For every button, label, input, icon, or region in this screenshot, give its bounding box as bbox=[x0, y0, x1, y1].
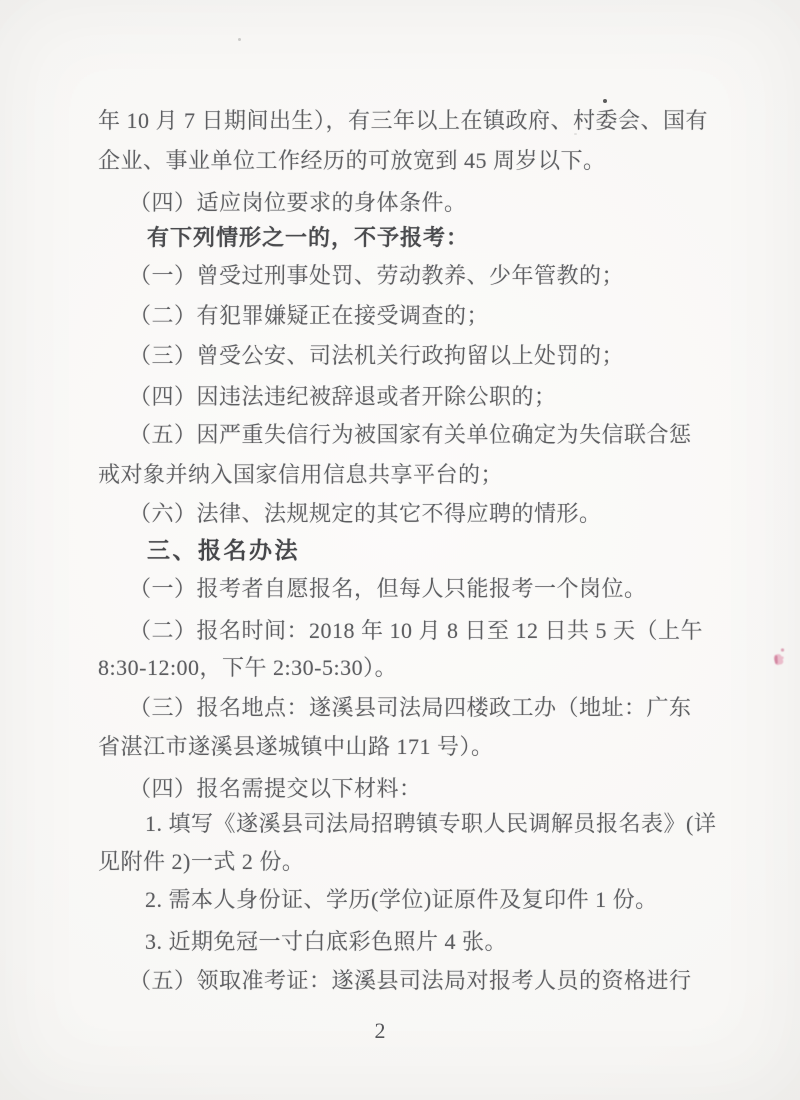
doc-line: 2. 需本人身份证、学历(学位)证原件及复印件 1 份。 bbox=[98, 885, 658, 915]
paper-speck bbox=[238, 38, 241, 41]
paper-speck bbox=[574, 133, 577, 135]
doc-line: （一）报考者自愿报名，但每人只能报考一个岗位。 bbox=[98, 574, 647, 604]
ink-dot-speck bbox=[603, 99, 607, 103]
doc-line: （三）报名地点：遂溪县司法局四楼政工办（地址：广东 bbox=[98, 693, 692, 723]
doc-line: （四）因违法违纪被辞退或者开除公职的； bbox=[98, 382, 557, 412]
section-heading-registration-method: 三、报名办法 bbox=[98, 535, 300, 565]
subheading-disqualification: 有下列情形之一的，不予报考： bbox=[98, 223, 469, 253]
doc-line: 省湛江市遂溪县遂城镇中山路 171 号）。 bbox=[98, 732, 494, 762]
doc-line: （一）曾受过刑事处罚、劳动教养、少年管教的； bbox=[98, 261, 624, 291]
doc-line: （四）报名需提交以下材料： bbox=[98, 774, 422, 804]
doc-line: 戒对象并纳入国家信用信息共享平台的； bbox=[98, 460, 503, 490]
red-ink-smudge bbox=[769, 646, 789, 672]
doc-line: （三）曾受公安、司法机关行政拘留以上处罚的； bbox=[98, 341, 624, 371]
doc-line: （二）有犯罪嫌疑正在接受调查的； bbox=[98, 301, 489, 331]
doc-line: （五）因严重失信行为被国家有关单位确定为失信联合惩 bbox=[98, 420, 692, 450]
doc-line: 见附件 2)一式 2 份。 bbox=[98, 847, 304, 877]
doc-line: 年 10 月 7 日期间出生），有三年以上在镇政府、村委会、国有 bbox=[98, 106, 708, 136]
doc-line: 3. 近期免冠一寸白底彩色照片 4 张。 bbox=[98, 927, 507, 957]
doc-line: （五）领取准考证：遂溪县司法局对报考人员的资格进行 bbox=[98, 966, 692, 996]
scanned-document-page: 年 10 月 7 日期间出生），有三年以上在镇政府、村委会、国有 企业、事业单位… bbox=[0, 0, 800, 1100]
doc-line: （四）适应岗位要求的身体条件。 bbox=[98, 188, 467, 218]
page-number: 2 bbox=[0, 1018, 760, 1044]
doc-line: 企业、事业单位工作经历的可放宽到 45 周岁以下。 bbox=[98, 146, 606, 176]
doc-line: 8:30-12:00，下午 2:30-5:30）。 bbox=[98, 653, 397, 683]
doc-line: 1. 填写《遂溪县司法局招聘镇专职人民调解员报名表》(详 bbox=[98, 809, 716, 839]
doc-line: （二）报名时间：2018 年 10 月 8 日至 12 日共 5 天（上午 bbox=[98, 616, 703, 646]
doc-line: （六）法律、法规规定的其它不得应聘的情形。 bbox=[98, 499, 602, 529]
